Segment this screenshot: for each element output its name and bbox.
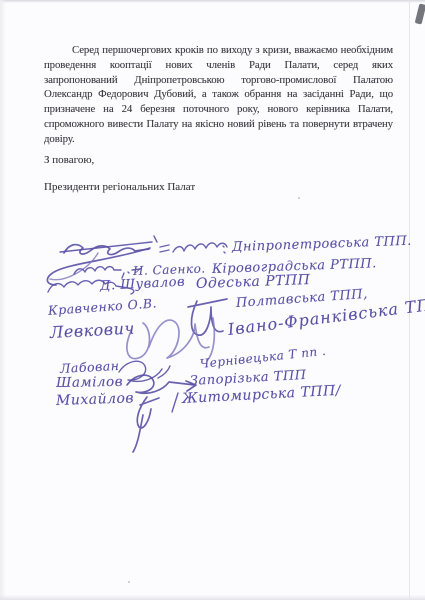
signature-name: Михайлов xyxy=(56,390,135,409)
scanned-letter-page: Серед першочергових кроків по виходу з к… xyxy=(0,0,425,600)
signature-stroke xyxy=(127,318,214,361)
signature-stroke xyxy=(50,253,98,280)
signature-stroke xyxy=(133,397,159,452)
signature-stroke xyxy=(160,243,227,253)
signature-name: Шамілов xyxy=(56,374,123,391)
signature-stroke xyxy=(119,361,170,381)
signature-stroke xyxy=(172,393,178,412)
